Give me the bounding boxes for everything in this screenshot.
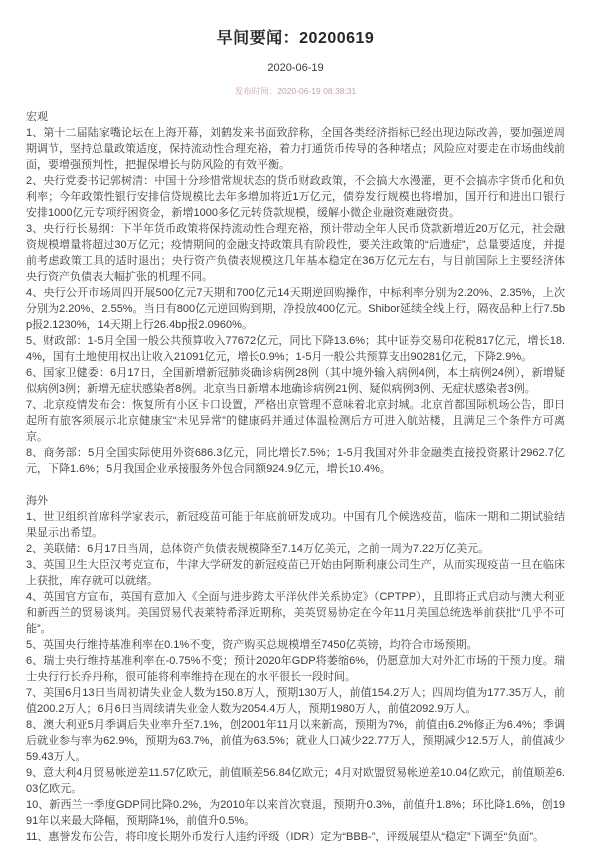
news-item: 5、财政部：1-5月全国一般公共预算收入77672亿元，同比下降13.6%；其中…: [26, 333, 565, 365]
section-heading-macro: 宏观: [26, 109, 565, 125]
news-item: 8、商务部：5月全国实际使用外资686.3亿元，同比增长7.5%；1-5月我国对…: [26, 445, 565, 477]
news-item: 7、美国6月13日当周初请失业金人数为150.8万人，预期130万人，前值154…: [26, 685, 565, 717]
news-item: 2、美联储：6月17日当周，总体资产负债表规模降至7.14万亿美元，之前一周为7…: [26, 541, 565, 557]
news-item: 8、澳大利亚5月季调后失业率升至7.1%，创2001年11月以来新高，预期为7%…: [26, 717, 565, 765]
news-item: 1、第十二届陆家嘴论坛在上海开幕，刘鹤发来书面致辞称，全国各类经济指标已经出现边…: [26, 125, 565, 173]
news-item: 3、央行行长易纲：下半年货币政策将保持流动性合理充裕，预计带动全年人民币贷款新增…: [26, 221, 565, 285]
news-item: 3、英国卫生大臣汉考克宣布，牛津大学研发的新冠疫苗已开始由阿斯利康公司生产，从而…: [26, 557, 565, 589]
news-item: 7、北京疫情发布会：恢复所有小区卡口设置，严格出京管理不意味着北京封城。北京首都…: [26, 397, 565, 445]
news-item: 9、意大利4月贸易帐逆差11.57亿欧元，前值顺差56.84亿欧元；4月对欧盟贸…: [26, 765, 565, 797]
page-title: 早间要闻：20200619: [26, 30, 565, 48]
section-overseas: 海外 1、世卫组织首席科学家表示，新冠疫苗可能于年底前研发成功。中国有几个候选疫…: [26, 493, 565, 842]
document-page: 早间要闻：20200619 2020-06-19 发布时间：2020-06-19…: [0, 0, 595, 842]
news-item: 5、英国央行维持基准利率在0.1%不变，资产购买总规模增至7450亿英镑，均符合…: [26, 637, 565, 653]
news-item: 10、新西兰一季度GDP同比降0.2%，为2010年以来首次衰退，预期升0.3%…: [26, 797, 565, 829]
publish-timestamp: 发布时间：2020-06-19 08:38:31: [26, 86, 565, 97]
section-heading-overseas: 海外: [26, 493, 565, 509]
news-item: 11、惠誉发布公告，将印度长期外币发行人违约评级（IDR）定为“BBB-”，评级…: [26, 829, 565, 842]
news-item: 1、世卫组织首席科学家表示，新冠疫苗可能于年底前研发成功。中国有几个候选疫苗，临…: [26, 509, 565, 541]
news-item: 4、英国官方宣布，英国有意加入《全面与进步跨太平洋伙伴关系协定》（CPTPP），…: [26, 589, 565, 637]
news-item: 2、央行党委书记郭树清：中国十分珍惜常规状态的货币财政政策，不会搞大水漫灌，更不…: [26, 173, 565, 221]
news-item: 6、国家卫健委：6月17日，全国新增新冠肺炎确诊病例28例（其中境外输入病例4例…: [26, 365, 565, 397]
news-item: 6、瑞士央行维持基准利率在-0.75%不变；预计2020年GDP将萎缩6%，仍愿…: [26, 653, 565, 685]
news-item: 4、央行公开市场周四开展500亿元7天期和700亿元14天期逆回购操作，中标利率…: [26, 285, 565, 333]
document-date: 2020-06-19: [26, 61, 565, 75]
section-macro: 宏观 1、第十二届陆家嘴论坛在上海开幕，刘鹤发来书面致辞称，全国各类经济指标已经…: [26, 109, 565, 477]
